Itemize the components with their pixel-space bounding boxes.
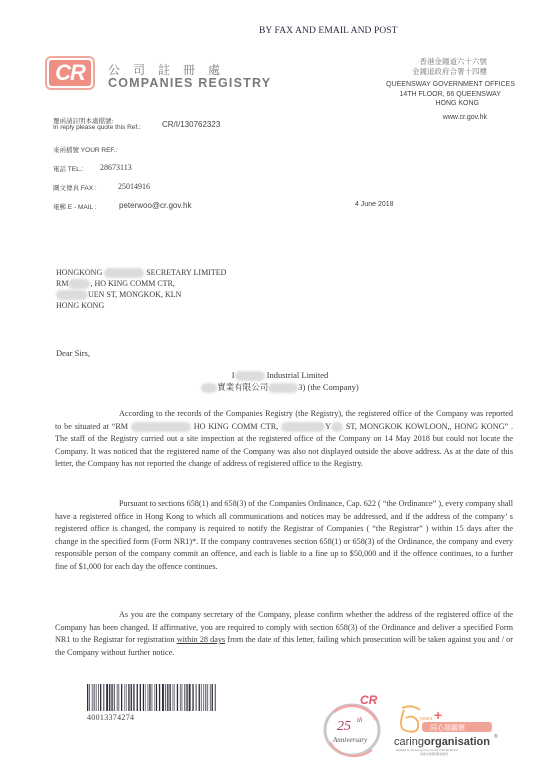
barcode-number: 40013374274	[87, 713, 134, 722]
recipient-address: HONGKONG SECRETARY LIMITED RM, HO KING C…	[56, 267, 226, 311]
our-ref-label-en: In reply please quote this Ref.:	[53, 124, 141, 131]
barcode	[87, 684, 217, 711]
email-label: 電郵 E - MAIL :	[53, 202, 96, 211]
svg-text:+: +	[434, 707, 442, 723]
redacted-blur	[201, 383, 217, 393]
our-ref-value: CR/I/130762323	[162, 120, 220, 129]
recipient-line4: HONG KONG	[56, 300, 226, 311]
recipient-line3: UEN ST, MONGKOK, KLN	[56, 289, 226, 300]
cr-logo-text: CR	[49, 60, 91, 86]
svg-text:years: years	[420, 716, 433, 722]
office-address: 香港金鐘道六十六號 金鐘道政府合署十四樓 QUEENSWAY GOVERNMEN…	[335, 57, 515, 122]
svg-text:同心展關懷: 同心展關懷	[430, 723, 465, 732]
address-zh-line1: 香港金鐘道六十六號	[335, 57, 487, 67]
redacted-blur	[235, 371, 265, 381]
anniversary-logo: CR 25 th Anniversary	[320, 690, 388, 758]
subject-line1: I Industrial Limited	[140, 369, 420, 381]
svg-text:th: th	[357, 716, 363, 724]
svg-text:®: ®	[494, 733, 498, 740]
address-en-line3: HONG KONG	[335, 99, 479, 109]
svg-text:caringorganisation: caringorganisation	[394, 736, 490, 748]
website-link[interactable]: www.cr.gov.hk	[335, 113, 487, 123]
address-en-line1: QUEENSWAY GOVERNMENT OFFICES	[335, 80, 515, 90]
recipient-line2: RM, HO KING COMM CTR,	[56, 278, 226, 289]
email-value[interactable]: peterwoo@cr.gov.hk	[119, 201, 191, 210]
subject-line2: 實業有限公司3) (the Company)	[140, 381, 420, 393]
svg-text:Anniversary: Anniversary	[332, 736, 368, 744]
svg-text:香港社會服務聯會頒發: 香港社會服務聯會頒發	[420, 752, 448, 756]
svg-text:25: 25	[337, 719, 351, 734]
address-en-line2: 14TH FLOOR, 66 QUEENSWAY	[335, 90, 501, 100]
paragraph-request: As you are the company secretary of the …	[55, 609, 513, 659]
subject-heading: I Industrial Limited 實業有限公司3) (the Compa…	[140, 369, 420, 393]
salutation: Dear Sirs,	[56, 348, 90, 358]
recipient-line1: HONGKONG SECRETARY LIMITED	[56, 267, 226, 278]
letter-date: 4 June 2018	[355, 201, 394, 208]
registry-name-en: COMPANIES REGISTRY	[108, 76, 271, 90]
deadline-text: within 28 days	[177, 635, 225, 644]
redacted-blur	[331, 422, 343, 432]
your-ref-label: 來函檔號 YOUR REF.:	[53, 145, 117, 154]
paragraph-site-inspection: According to the records of the Companie…	[55, 408, 513, 471]
fax-value: 25014916	[118, 182, 150, 191]
tel-label: 電話 TEL.:	[53, 164, 83, 173]
redacted-blur	[281, 422, 325, 432]
redacted-blur	[104, 268, 144, 278]
redacted-blur	[268, 383, 298, 393]
cr-logo: CR	[45, 56, 95, 90]
delivery-method: BY FAX AND EMAIL AND POST	[259, 26, 398, 36]
caring-organisation-logo: years + 同心展關懷 ® caringorganisation Award…	[390, 700, 510, 760]
paragraph-ordinance: Pursuant to sections 658(1) and 658(3) o…	[55, 498, 513, 574]
redacted-blur	[68, 279, 90, 289]
redacted-blur	[131, 422, 191, 432]
tel-value: 28673113	[100, 163, 132, 172]
address-zh-line2: 金鐘道政府合署十四樓	[335, 67, 487, 77]
redacted-blur	[56, 290, 88, 300]
anniv-brand: CR	[360, 693, 378, 707]
fax-label: 圖文傳真 FAX :	[53, 183, 97, 192]
